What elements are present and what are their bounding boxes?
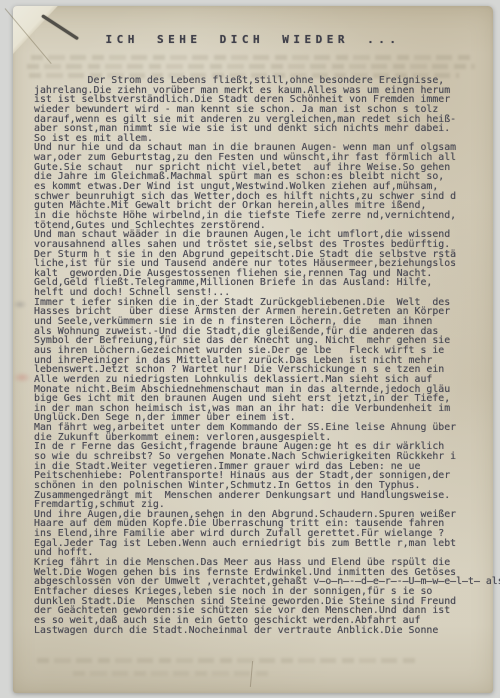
bleed-through-text <box>37 658 417 663</box>
paper-stain <box>13 300 27 309</box>
bleed-through-text <box>31 55 471 60</box>
bleed-through-text <box>27 64 475 69</box>
paper-stain <box>13 372 31 383</box>
bleed-through-text <box>73 671 273 676</box>
page-title: ICH SEHE DICH WIEDER ... <box>13 33 493 46</box>
page-background: ICH SEHE DICH WIEDER ... Der Strom des L… <box>0 0 500 698</box>
typewritten-text-body: Der Strom des Lebens fließt,still,ohne b… <box>34 76 485 635</box>
document-page: ICH SEHE DICH WIEDER ... Der Strom des L… <box>13 6 493 693</box>
text-line: Egal.Jeder Tag ist Leben.Wenn auch ernie… <box>34 539 485 549</box>
text-line: Lastwagen durch die Stadt.Nocheinmal der… <box>34 626 485 636</box>
